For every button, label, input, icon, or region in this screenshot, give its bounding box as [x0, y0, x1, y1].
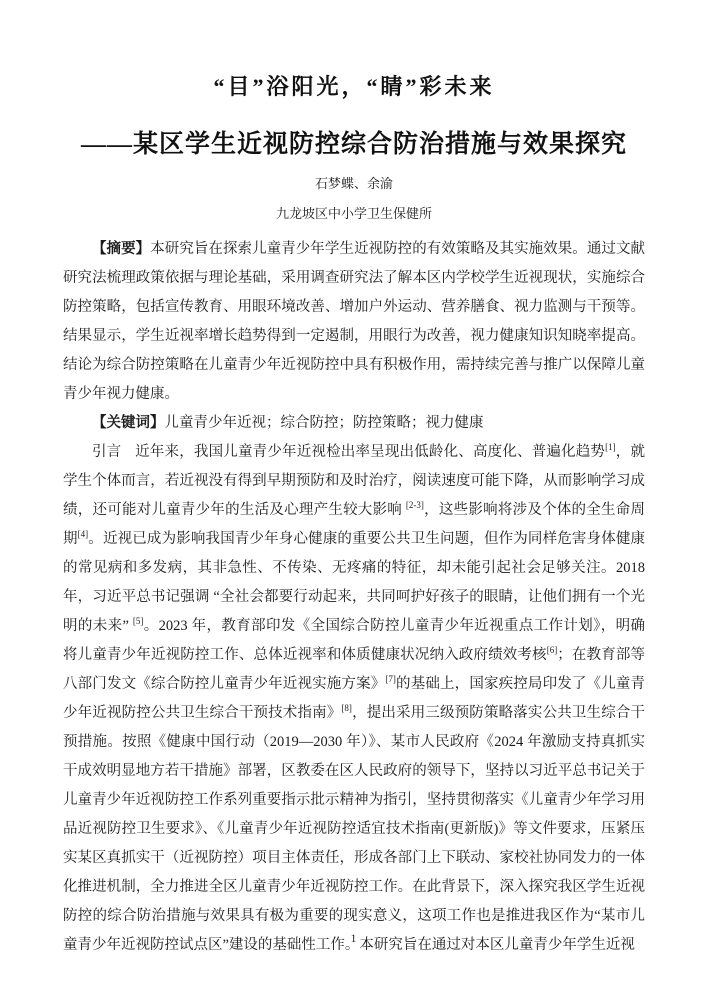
- authors-line: 石梦蝶、余渝: [63, 173, 645, 192]
- citation-ref: [2-3]: [406, 500, 424, 510]
- paragraph-text: 近年来，我国儿童青少年近视检出率呈现出低龄化、高度化、普遍化趋势: [135, 444, 605, 460]
- affiliation-line: 九龙坡区中小学卫生保健所: [63, 203, 645, 222]
- keywords-label: 【关键词】: [92, 415, 165, 431]
- introduction-heading: 引言: [92, 444, 121, 460]
- page-number: 1: [0, 933, 707, 945]
- citation-ref: [8]: [341, 703, 352, 713]
- citation-ref: [1]: [605, 442, 616, 452]
- introduction-body: 近年来，我国儿童青少年近视检出率呈现出低龄化、高度化、普遍化趋势[1]，就学生个…: [63, 444, 645, 953]
- document-subtitle: ——某区学生近视防控综合防治措施与效果探究: [63, 124, 645, 160]
- keywords-text: 儿童青少年近视；综合防控；防控策略；视力健康: [165, 415, 484, 431]
- document-page: “目”浴阳光，“睛”彩未来 ——某区学生近视防控综合防治措施与效果探究 石梦蝶、…: [0, 0, 707, 999]
- document-title: “目”浴阳光，“睛”彩未来: [63, 70, 645, 101]
- paragraph-text: ，提出采用三级预防策略落实公共卫生综合干预措施。按照《健康中国行动（2019—2…: [63, 705, 645, 953]
- citation-ref: [7]: [385, 674, 396, 684]
- abstract-paragraph: 【摘要】本研究旨在探索儿童青少年学生近视防控的有效策略及其实施效果。通过文献研究…: [63, 235, 645, 409]
- citation-ref: [5]: [133, 616, 144, 626]
- keywords-paragraph: 【关键词】儿童青少年近视；综合防控；防控策略；视力健康: [63, 409, 645, 438]
- citation-ref: [6]: [547, 645, 558, 655]
- abstract-text: 本研究旨在探索儿童青少年学生近视防控的有效策略及其实施效果。通过文献研究法梳理政…: [63, 241, 645, 402]
- introduction-paragraph: 引言近年来，我国儿童青少年近视检出率呈现出低龄化、高度化、普遍化趋势[1]，就学…: [63, 438, 645, 960]
- citation-ref: [4]: [78, 529, 89, 539]
- abstract-label: 【摘要】: [92, 241, 150, 257]
